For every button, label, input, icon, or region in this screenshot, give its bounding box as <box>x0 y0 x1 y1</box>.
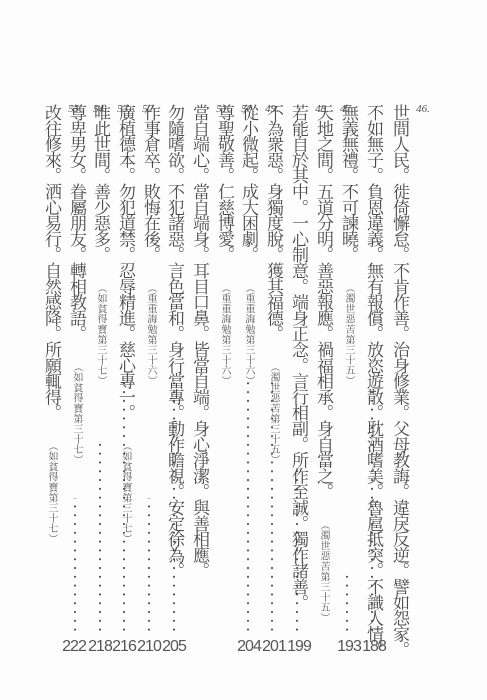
entry-number: 52. <box>137 104 161 115</box>
entry-51-line-1: 51. 當自端心。當自端身。耳目口鼻。皆當自端。身心淨潔。與善相應。 <box>211 104 235 644</box>
page-number-222: 222 <box>59 638 89 656</box>
entry-citation: （如貧得寶第三十七） <box>46 441 57 544</box>
dot-leader <box>296 466 298 634</box>
dot-leader <box>173 376 175 634</box>
entry-46-line-3: 無義無禮。不可諫曉。 （濁世惡苦第三十五） <box>360 104 384 644</box>
dot-leader <box>74 498 76 634</box>
dot-leader <box>371 388 373 634</box>
entry-number: 49. <box>260 104 284 115</box>
entry-53-line-1: 53. 唯此世間。善少惡多。 （如貧得寶第三十七） <box>112 104 136 644</box>
entry-51-line-2: 勿隨嗜欲。不犯諸惡。言色當和。身行當專。動作瞻視。安定徐為。 <box>186 104 210 644</box>
entry-48-line-1: 48. 若能自於其中。一心制意。端身正念。言行相副。所作至誠。獨作諸善。 <box>310 104 334 644</box>
spacer <box>162 104 186 115</box>
entry-48-line-2: 不為衆惡。身獨度脫。獲其福德。 （濁世惡苦第三十五） <box>285 104 309 644</box>
entry-number: 48. <box>310 104 334 115</box>
entry-46-line-2: 不如無子。負恩違義。無有報償。放恣遊散。耽酒嗜美。魯扈抵突。不識人情。 <box>385 104 409 644</box>
dot-leader <box>148 498 150 634</box>
book-page: 46. 世間人民。徙倚懈怠。不肯作善。治身修業。父母教誨。違戾反逆。譬如怨家。 … <box>0 0 487 700</box>
entry-47-line-1: 47. 天地之間。五道分明。善惡報應。禍福相承。身自當之。 （濁世惡苦第三十五） <box>335 104 359 644</box>
entry-number: 50. <box>236 104 260 115</box>
entry-51-line-3: 作事倉卒。敗悔在後。 （重重誨勉第三十六） <box>162 104 186 644</box>
entry-number: 53. <box>112 104 136 115</box>
spacer <box>360 104 384 115</box>
dot-leader <box>247 376 249 634</box>
page-number-193: 193 <box>334 638 364 656</box>
entry-50-line-1: 50. 尊聖敬善。仁慈博愛。 （重重誨勉第三十六） <box>236 104 260 644</box>
entry-46-line-1: 46. 世間人民。徙倚懈怠。不肯作善。治身修業。父母教誨。違戾反逆。譬如怨家。 <box>411 104 435 644</box>
entry-number: 51. <box>211 104 235 115</box>
dot-leader <box>346 570 348 634</box>
entry-number: 54. <box>88 104 112 115</box>
spacer <box>285 104 309 115</box>
entry-number: 55. <box>63 104 87 115</box>
dot-leader <box>123 376 125 634</box>
entry-text: 改往修來。洒心易行。自然感降。所願輒得。 <box>41 104 61 420</box>
entry-55-line-1: 55. 改往修來。洒心易行。自然感降。所願輒得。 （如貧得寶第三十七） <box>63 104 87 644</box>
spacer <box>385 104 409 115</box>
page-number-218: 218 <box>85 638 115 656</box>
dot-leader <box>99 437 101 634</box>
dot-leader <box>271 376 273 634</box>
entry-52-line-1: 52. 廣植德本。勿犯道禁。忍辱精進。慈心專一。 （如貧得寶第三十七） <box>137 104 161 644</box>
spacer <box>186 104 210 115</box>
entry-number: 46. <box>411 104 435 115</box>
page-number-204: 204 <box>234 638 264 656</box>
entry-54-line-1: 54. 尊卑男女。眷屬朋友。轉相教語。 （如貧得寶第三十七） <box>88 104 112 644</box>
entry-49-line-1: 49. 從小微起。成大困劇。 （重重誨勉第三十六） <box>260 104 284 644</box>
entry-number: 47. <box>335 104 359 115</box>
